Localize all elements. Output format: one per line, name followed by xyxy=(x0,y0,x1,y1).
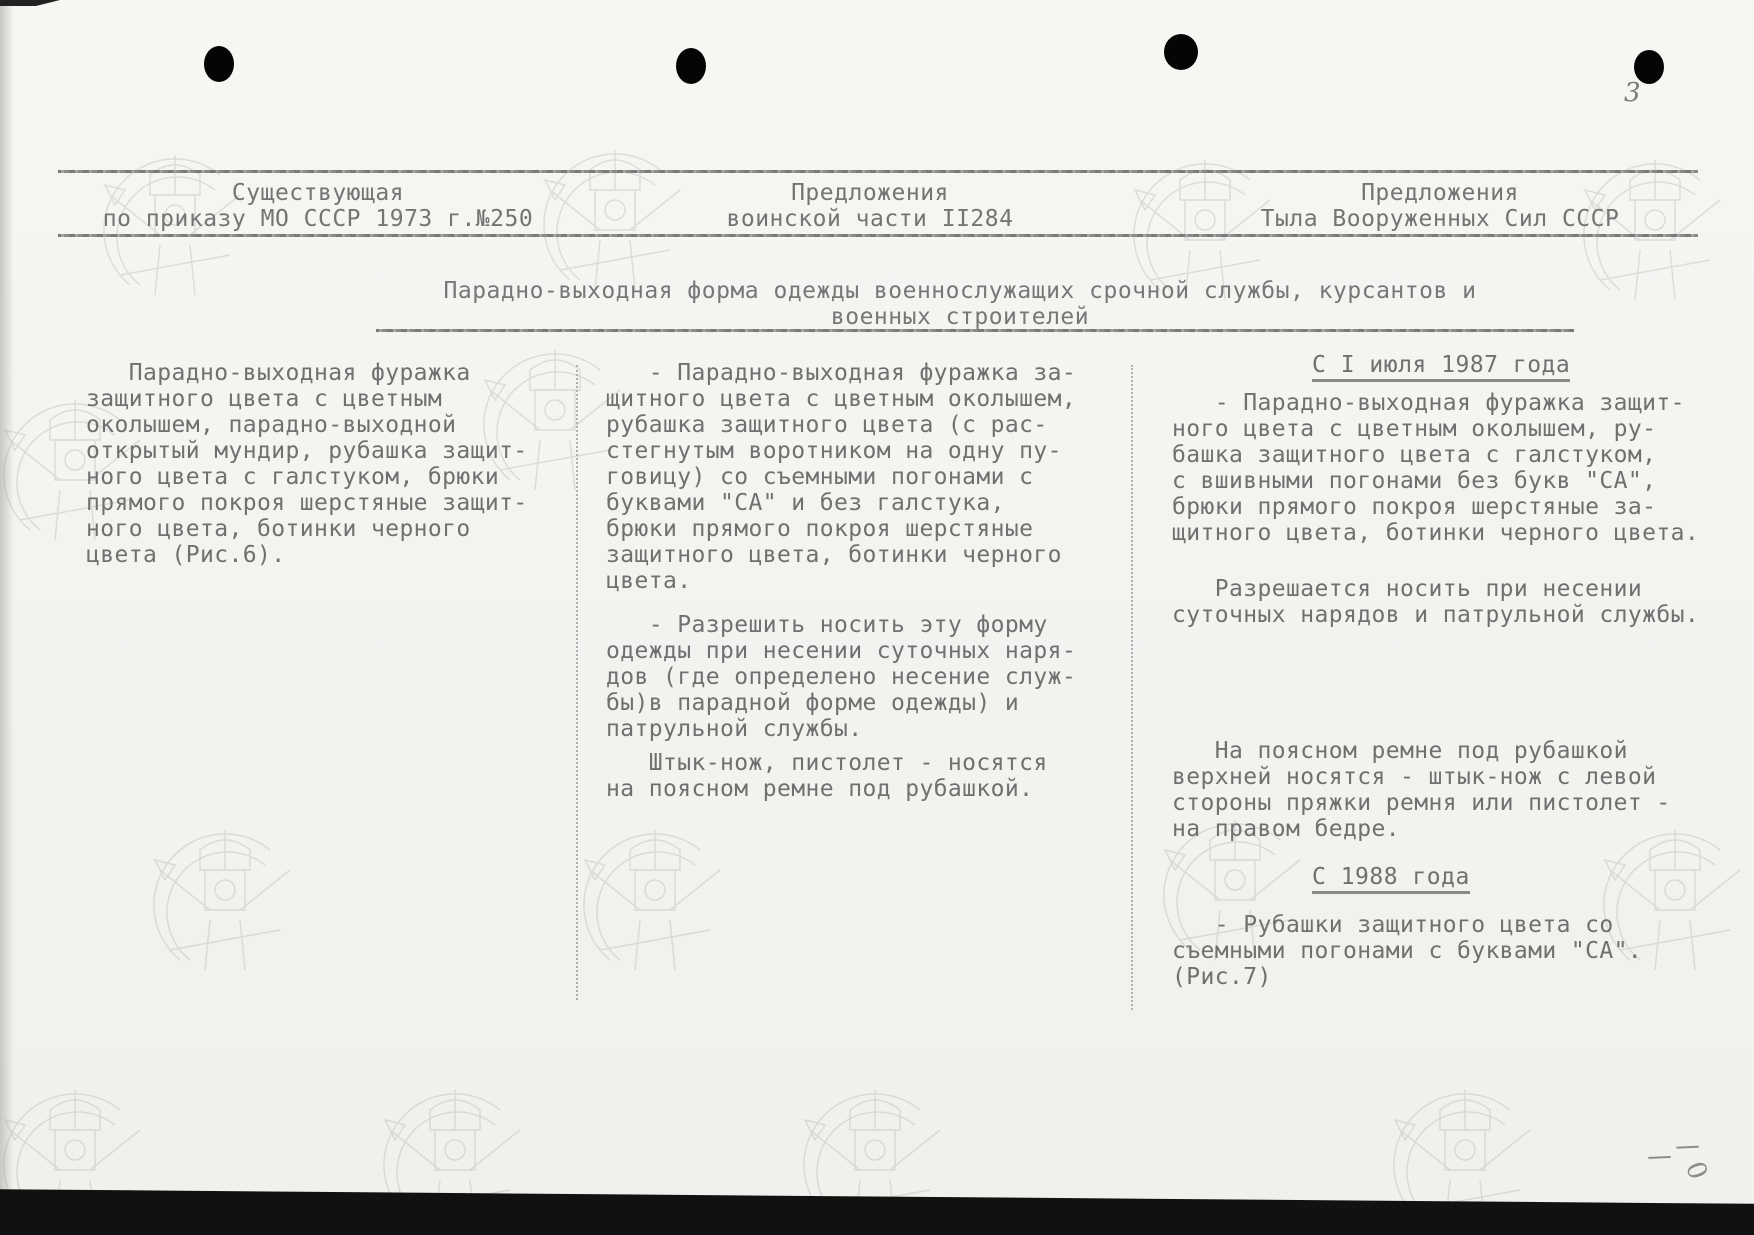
column-header-line: Предложения xyxy=(1180,180,1700,206)
column-divider xyxy=(1131,365,1133,1010)
rear-proposal-weapons: На поясном ремне под рубашкой верхней но… xyxy=(1172,738,1671,842)
emblem-watermark xyxy=(580,810,730,980)
column-header-line: воинской части II284 xyxy=(610,206,1130,232)
column-header-existing: Существующая по приказу МО СССР 1973 г.№… xyxy=(58,180,578,232)
unit-proposal-duty-wear: - Разрешить носить эту форму одежды при … xyxy=(606,612,1076,742)
header-bottom-rule xyxy=(58,234,1698,237)
column-header-line: Тыла Вооруженных Сил СССР xyxy=(1180,206,1700,232)
page-corner-shadow xyxy=(0,0,60,6)
unit-proposal-weapons: Штык-нож, пистолет - носятся на поясном … xyxy=(606,750,1048,802)
punch-hole xyxy=(1164,34,1198,70)
page-edge-shadow xyxy=(0,0,14,1235)
punch-hole xyxy=(204,46,234,82)
section-title-rule xyxy=(376,329,1574,332)
rear-proposal-subheading-1988: С 1988 года xyxy=(1312,864,1470,894)
page-number: 3 xyxy=(1624,78,1641,108)
column-header-rear-proposal: Предложения Тыла Вооруженных Сил СССР xyxy=(1180,180,1700,232)
rear-proposal-subheading-1987: С I июля 1987 года xyxy=(1312,352,1570,382)
header-top-rule xyxy=(58,170,1698,173)
section-title-line: военных строителей xyxy=(360,304,1560,330)
punch-hole xyxy=(676,48,706,84)
handwritten-mark: / 0 / xyxy=(1644,1138,1719,1209)
section-title: Парадно-выходная форма одежды военнослуж… xyxy=(360,278,1560,330)
document-page: 3 Существующая по приказу МО СССР 1973 г… xyxy=(0,0,1754,1235)
column-header-line: по приказу МО СССР 1973 г.№250 xyxy=(58,206,578,232)
rear-proposal-shirts: - Рубашки защитного цвета со съемными по… xyxy=(1172,912,1642,990)
rear-proposal-uniform: - Парадно-выходная фуражка защит- ного ц… xyxy=(1172,390,1699,546)
section-title-line: Парадно-выходная форма одежды военнослуж… xyxy=(360,278,1560,304)
column-header-line: Предложения xyxy=(610,180,1130,206)
rear-proposal-duty-wear: Разрешается носить при несении суточных … xyxy=(1172,576,1699,628)
emblem-watermark xyxy=(150,810,300,980)
column-header-unit-proposal: Предложения воинской части II284 xyxy=(610,180,1130,232)
column-divider xyxy=(576,365,578,1000)
column-header-line: Существующая xyxy=(58,180,578,206)
unit-proposal-uniform: - Парадно-выходная фуражка за- щитного ц… xyxy=(606,360,1076,594)
existing-uniform-description: Парадно-выходная фуражка защитного цвета… xyxy=(86,360,528,568)
